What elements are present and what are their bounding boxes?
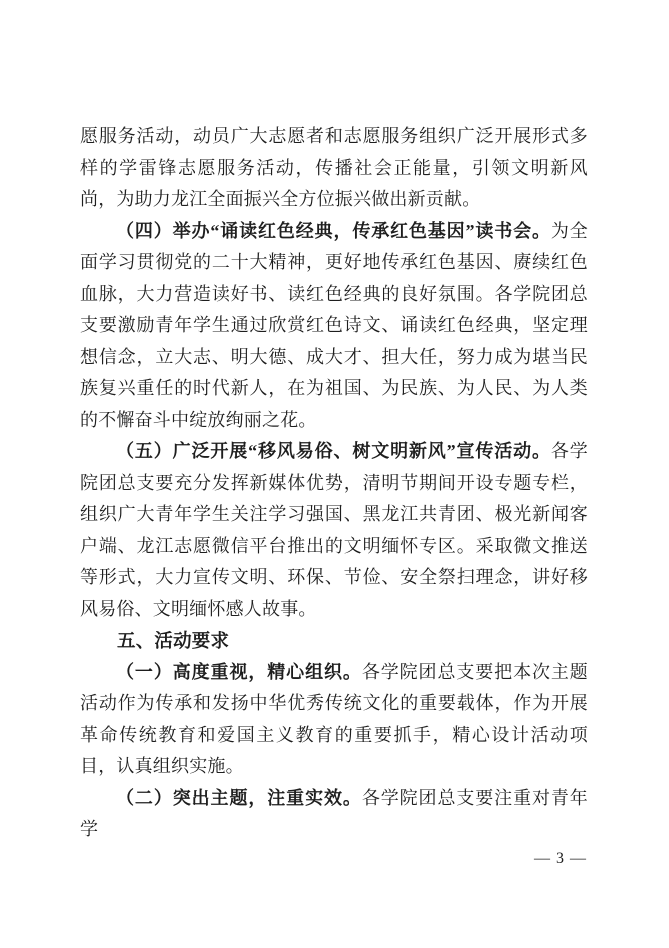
paragraph-item-1: （一）高度重视，精心组织。各学院团总支要把本次主题活动作为传承和发扬中华优秀传统… — [80, 657, 588, 783]
document-page: 愿服务活动，动员广大志愿者和志愿服务组织广泛开展形式多样的学雷锋志愿服务活动，传… — [0, 0, 669, 948]
paragraph-item-1-lead: （一）高度重视，精心组织。 — [116, 662, 362, 682]
paragraph-item-4: （四）举办“诵读红色经典，传承红色基因”读书会。为全面学习贯彻党的二十大精神，更… — [80, 216, 588, 437]
paragraph-item-2-lead: （二）突出主题，注重实效。 — [116, 788, 362, 808]
paragraph-item-5-text: 各学院团总支要充分发挥新媒体优势，清明节期间开设专题专栏，组织广大青年学生关注学… — [80, 441, 588, 619]
document-body: 愿服务活动，动员广大志愿者和志愿服务组织广泛开展形式多样的学雷锋志愿服务活动，传… — [80, 121, 588, 846]
paragraph-continuation: 愿服务活动，动员广大志愿者和志愿服务组织广泛开展形式多样的学雷锋志愿服务活动，传… — [80, 121, 588, 216]
section-heading: 五、活动要求 — [80, 625, 588, 657]
paragraph-item-4-lead: （四）举办“诵读红色经典，传承红色基因”读书会。 — [116, 221, 551, 241]
paragraph-item-4-text: 为全面学习贯彻党的二十大精神，更好地传承红色基因、赓续红色血脉，大力营造读好书、… — [80, 221, 588, 430]
paragraph-item-5-lead: （五）广泛开展“移风易俗、树文明新风”宣传活动。 — [116, 441, 551, 461]
page-number: — 3 — — [534, 849, 587, 869]
paragraph-item-5: （五）广泛开展“移风易俗、树文明新风”宣传活动。各学院团总支要充分发挥新媒体优势… — [80, 436, 588, 625]
paragraph-item-2: （二）突出主题，注重实效。各学院团总支要注重对青年学 — [80, 783, 588, 846]
